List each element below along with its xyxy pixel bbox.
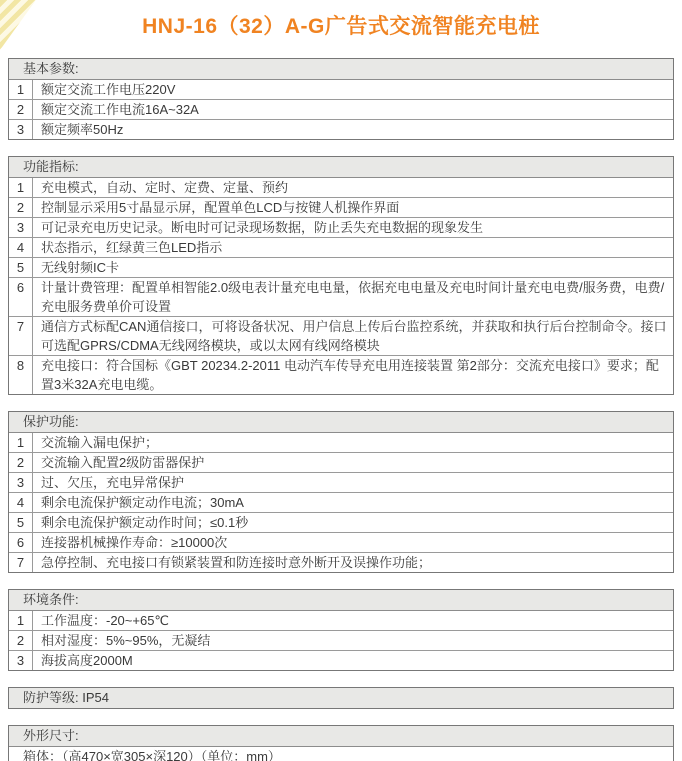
row-text: 控制显示采用5寸晶显示屏，配置单色LCD与按键人机操作界面 — [33, 198, 673, 217]
row-number: 2 — [9, 453, 33, 472]
row-number: 6 — [9, 533, 33, 552]
row-number: 2 — [9, 100, 33, 119]
section-header: 保护功能: — [9, 412, 673, 433]
table-row: 2交流输入配置2级防雷器保护 — [9, 453, 673, 473]
section-header: 防护等级: IP54 — [9, 688, 673, 708]
table-row: 1交流输入漏电保护； — [9, 433, 673, 453]
table-row: 6连接器机械操作寿命：≥10000次 — [9, 533, 673, 553]
row-number: 3 — [9, 473, 33, 492]
table-row: 7通信方式标配CAN通信接口，可将设备状况、用户信息上传后台监控系统，并获取和执… — [9, 317, 673, 356]
row-text: 额定交流工作电压220V — [33, 80, 673, 99]
row-number: 5 — [9, 258, 33, 277]
row-number: 2 — [9, 198, 33, 217]
section-ip-rating: 防护等级: IP54 — [8, 687, 674, 709]
section-dimensions: 外形尺寸:箱体：（高470×宽305×深120）（单位：mm） — [8, 725, 674, 761]
row-text: 通信方式标配CAN通信接口，可将设备状况、用户信息上传后台监控系统，并获取和执行… — [33, 317, 673, 355]
table-row: 1工作温度：-20~+65℃ — [9, 611, 673, 631]
row-text: 可记录充电历史记录。断电时可记录现场数据，防止丢失充电数据的现象发生 — [33, 218, 673, 237]
row-number: 3 — [9, 218, 33, 237]
table-row: 3可记录充电历史记录。断电时可记录现场数据，防止丢失充电数据的现象发生 — [9, 218, 673, 238]
section-header: 功能指标: — [9, 157, 673, 178]
section-header: 基本参数: — [9, 59, 673, 80]
row-number: 4 — [9, 238, 33, 257]
row-text: 剩余电流保护额定动作时间；≤0.1秒 — [33, 513, 673, 532]
row-text: 剩余电流保护额定动作电流；30mA — [33, 493, 673, 512]
row-text: 交流输入漏电保护； — [33, 433, 673, 452]
row-number: 1 — [9, 433, 33, 452]
table-row: 5无线射频IC卡 — [9, 258, 673, 278]
table-row: 2相对湿度：5%~95%，无凝结 — [9, 631, 673, 651]
row-text: 急停控制、充电接口有锁紧装置和防连接时意外断开及误操作功能； — [33, 553, 673, 572]
section-function-specs: 功能指标:1充电模式，自动、定时、定费、定量、预约2控制显示采用5寸晶显示屏，配… — [8, 156, 674, 395]
row-text: 计量计费管理：配置单相智能2.0级电表计量充电电量，依据充电电量及充电时间计量充… — [33, 278, 673, 316]
section-header: 环境条件: — [9, 590, 673, 611]
row-text: 额定交流工作电流16A~32A — [33, 100, 673, 119]
row-number: 3 — [9, 651, 33, 670]
section-header: 外形尺寸: — [9, 726, 673, 747]
page-title: HNJ-16（32）A-G广告式交流智能充电桩 — [0, 0, 682, 40]
table-row: 1充电模式，自动、定时、定费、定量、预约 — [9, 178, 673, 198]
table-row: 5剩余电流保护额定动作时间；≤0.1秒 — [9, 513, 673, 533]
table-row: 2额定交流工作电流16A~32A — [9, 100, 673, 120]
row-text: 工作温度：-20~+65℃ — [33, 611, 673, 630]
row-number: 7 — [9, 553, 33, 572]
table-row: 3额定频率50Hz — [9, 120, 673, 139]
table-row: 3过、欠压，充电异常保护 — [9, 473, 673, 493]
row-text: 交流输入配置2级防雷器保护 — [33, 453, 673, 472]
row-number: 4 — [9, 493, 33, 512]
table-row: 2控制显示采用5寸晶显示屏，配置单色LCD与按键人机操作界面 — [9, 198, 673, 218]
table-row: 4状态指示，红绿黄三色LED指示 — [9, 238, 673, 258]
row-number: 7 — [9, 317, 33, 355]
table-row: 3海拔高度2000M — [9, 651, 673, 670]
row-text: 箱体：（高470×宽305×深120）（单位：mm） — [9, 747, 673, 761]
table-row: 7急停控制、充电接口有锁紧装置和防连接时意外断开及误操作功能； — [9, 553, 673, 572]
section-protection-functions: 保护功能:1交流输入漏电保护；2交流输入配置2级防雷器保护3过、欠压，充电异常保… — [8, 411, 674, 573]
section-basic-params: 基本参数:1额定交流工作电压220V2额定交流工作电流16A~32A3额定频率5… — [8, 58, 674, 140]
table-row: 6计量计费管理：配置单相智能2.0级电表计量充电电量，依据充电电量及充电时间计量… — [9, 278, 673, 317]
row-number: 1 — [9, 80, 33, 99]
row-text: 无线射频IC卡 — [33, 258, 673, 277]
row-text: 充电模式，自动、定时、定费、定量、预约 — [33, 178, 673, 197]
table-row: 箱体：（高470×宽305×深120）（单位：mm） — [9, 747, 673, 761]
spec-sections: 基本参数:1额定交流工作电压220V2额定交流工作电流16A~32A3额定频率5… — [8, 58, 674, 761]
row-number: 1 — [9, 611, 33, 630]
row-number: 6 — [9, 278, 33, 316]
section-environment-conditions: 环境条件:1工作温度：-20~+65℃2相对湿度：5%~95%，无凝结3海拔高度… — [8, 589, 674, 671]
table-row: 4剩余电流保护额定动作电流；30mA — [9, 493, 673, 513]
row-number: 2 — [9, 631, 33, 650]
row-text: 过、欠压，充电异常保护 — [33, 473, 673, 492]
row-number: 3 — [9, 120, 33, 139]
row-number: 1 — [9, 178, 33, 197]
table-row: 8充电接口：符合国标《GBT 20234.2-2011 电动汽车传导充电用连接装… — [9, 356, 673, 394]
row-number: 5 — [9, 513, 33, 532]
row-text: 相对湿度：5%~95%，无凝结 — [33, 631, 673, 650]
row-text: 充电接口：符合国标《GBT 20234.2-2011 电动汽车传导充电用连接装置… — [33, 356, 673, 394]
row-text: 状态指示，红绿黄三色LED指示 — [33, 238, 673, 257]
row-text: 海拔高度2000M — [33, 651, 673, 670]
table-row: 1额定交流工作电压220V — [9, 80, 673, 100]
row-text: 额定频率50Hz — [33, 120, 673, 139]
row-text: 连接器机械操作寿命：≥10000次 — [33, 533, 673, 552]
row-number: 8 — [9, 356, 33, 394]
